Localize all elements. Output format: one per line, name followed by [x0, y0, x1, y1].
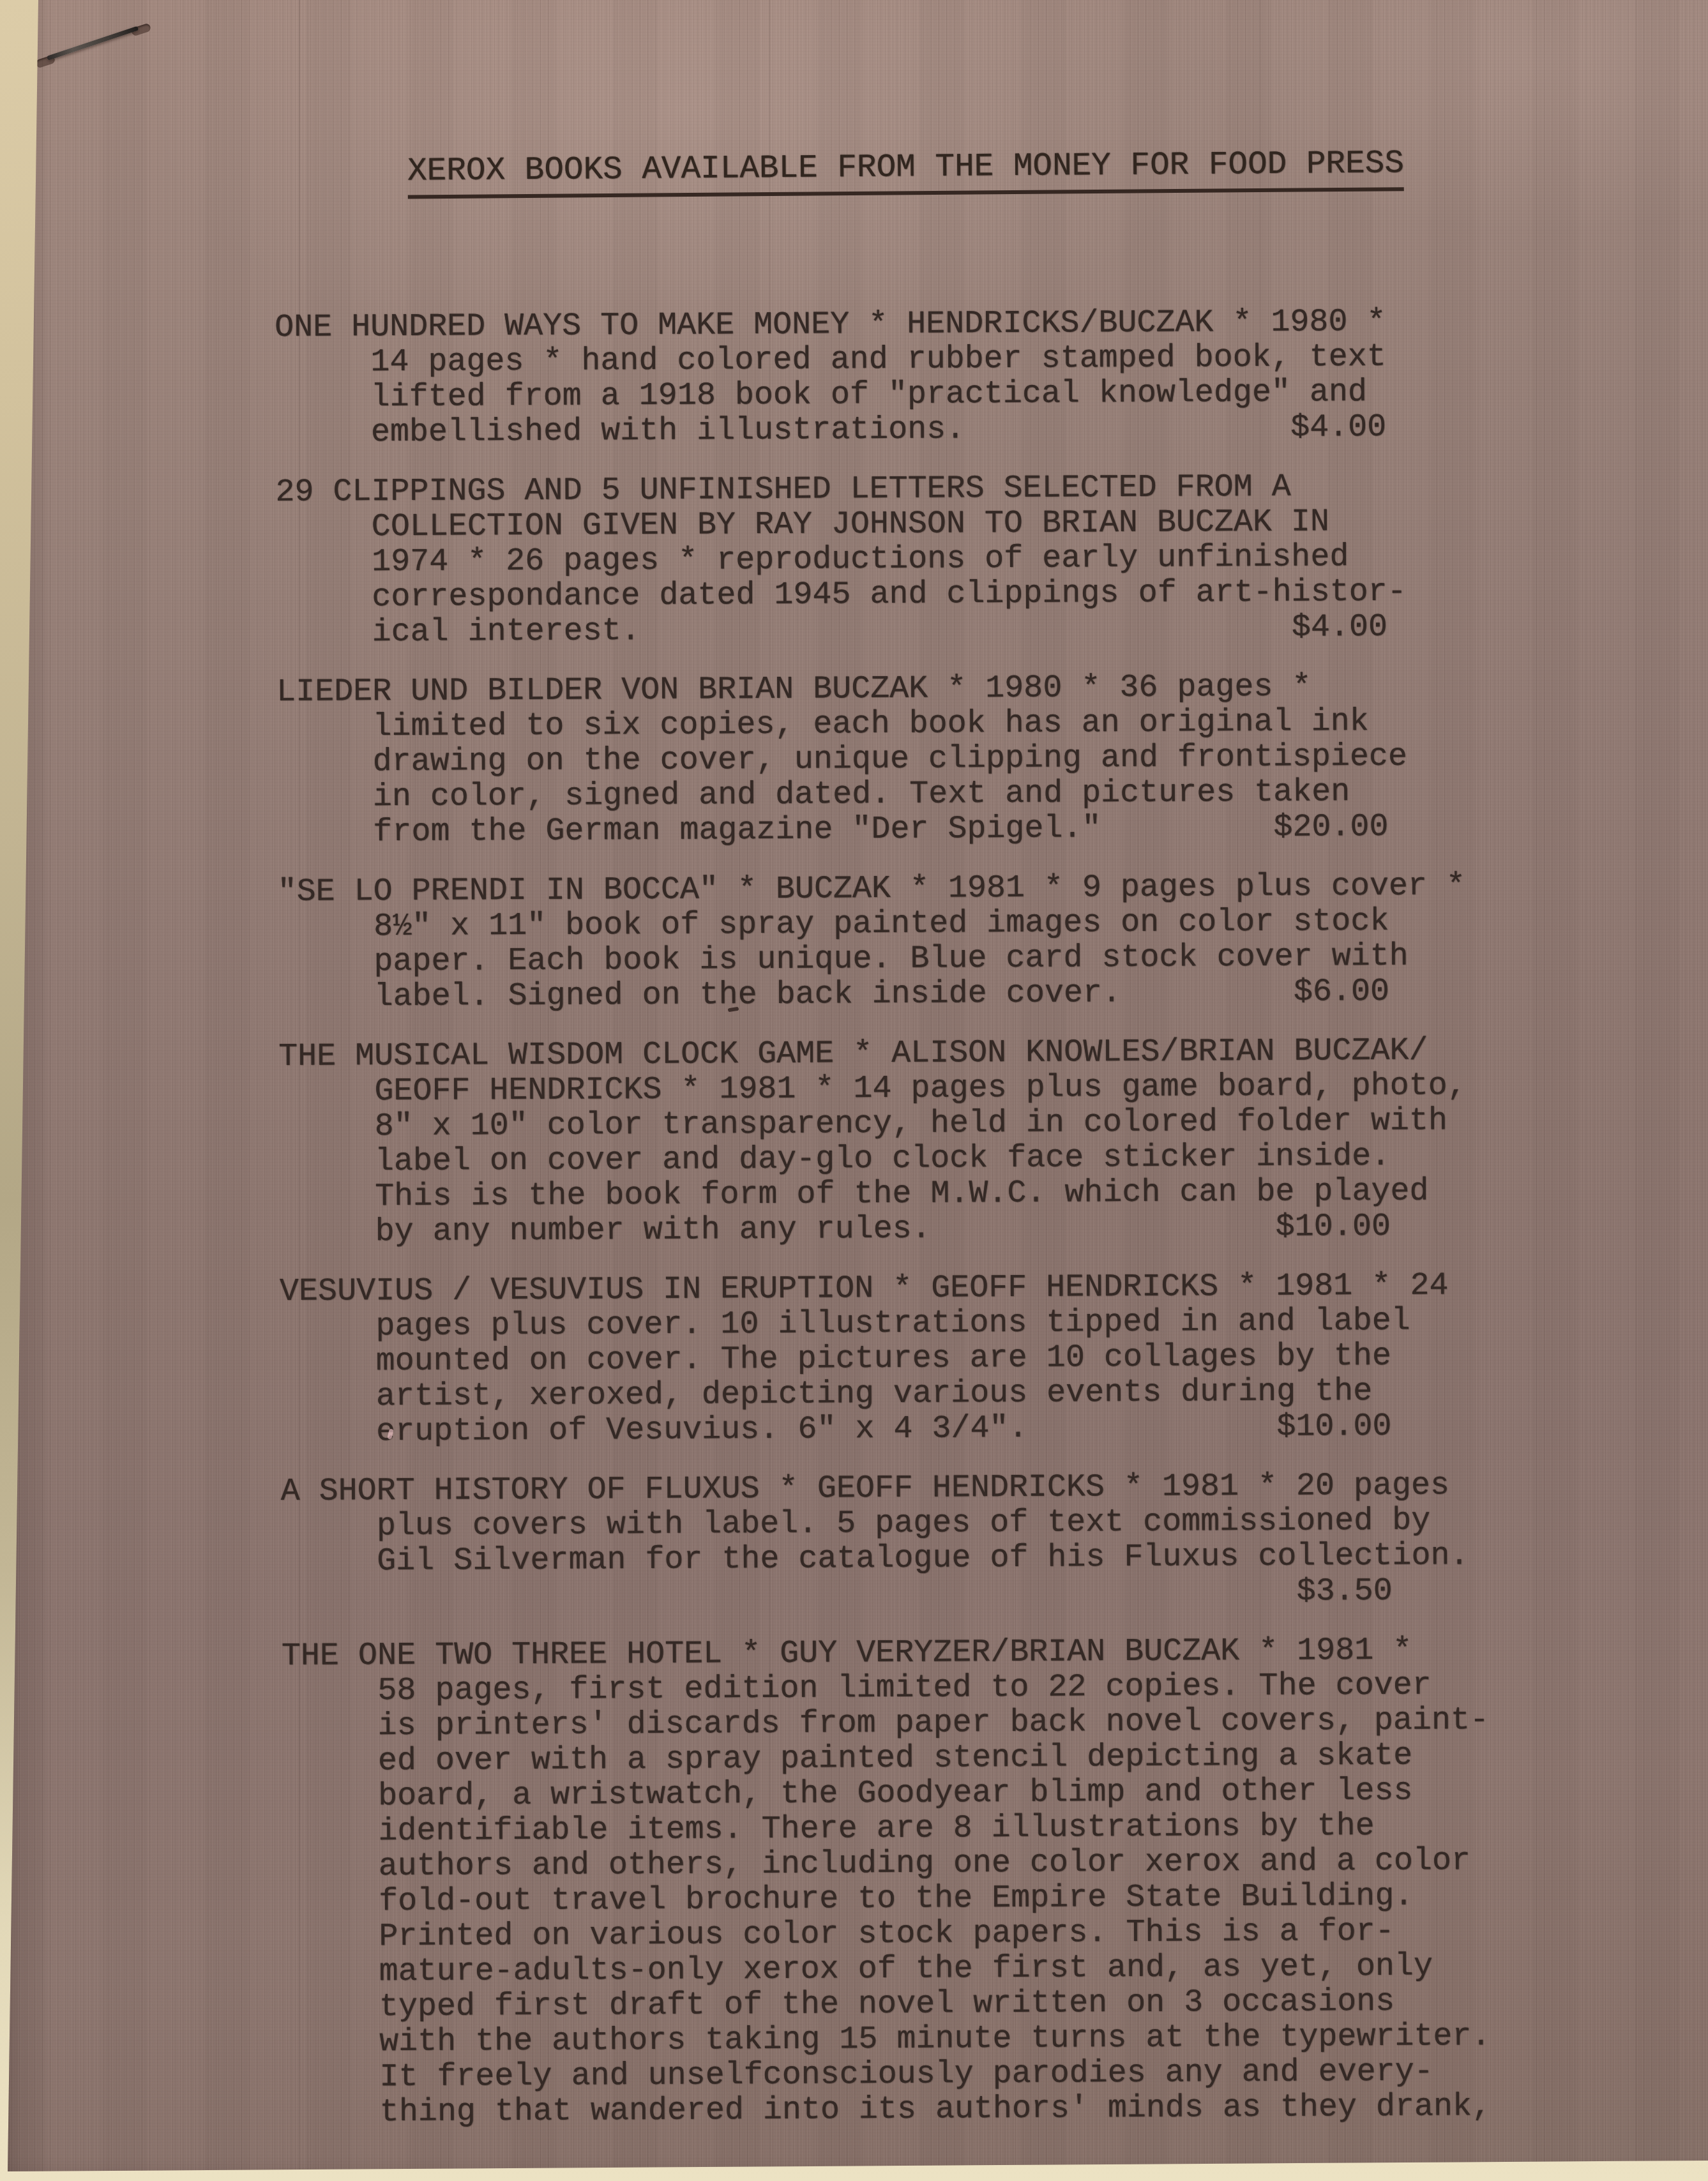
entry-line: label. Signed on the back inside cover. … [278, 974, 1485, 1015]
catalog-entries: ONE HUNDRED WAYS TO MAKE MONEY * HENDRIC… [275, 304, 1491, 2131]
entry-line: embellished with illustrations. $4.00 [275, 409, 1483, 451]
entry-line: thing that wandered into its authors' mi… [284, 2089, 1492, 2131]
catalog-entry: A SHORT HISTORY OF FLUXUS * GEOFF HENDRI… [281, 1468, 1488, 1615]
catalog-entry: THE ONE TWO THREE HOTEL * GUY VERYZER/BR… [282, 1633, 1491, 2131]
catalog-entry: ONE HUNDRED WAYS TO MAKE MONEY * HENDRIC… [275, 304, 1482, 451]
entry-line: from the German magazine "Der Spigel." $… [277, 809, 1485, 850]
catalog-entry: "SE LO PRENDI IN BOCCA" * BUCZAK * 1981 … [278, 868, 1485, 1015]
entry-line: eruption of Vesuvius. 6" x 4 3/4". $10.0… [280, 1408, 1488, 1450]
photographed-document: XEROX BOOKS AVAILABLE FROM THE MONEY FOR… [0, 0, 1708, 2181]
entry-line: by any number with any rules. $10.00 [279, 1209, 1486, 1250]
catalog-entry: VESUVIUS / VESUVIUS IN ERUPTION * GEOFF … [280, 1268, 1488, 1450]
catalog-entry: 29 CLIPPINGS AND 5 UNFINISHED LETTERS SE… [275, 469, 1483, 651]
entry-line: ical interest. $4.00 [276, 609, 1484, 651]
catalog-entry: LIEDER UND BILDER VON BRIAN BUCZAK * 198… [276, 668, 1485, 850]
catalog-entry: THE MUSICAL WISDOM CLOCK GAME * ALISON K… [278, 1033, 1486, 1250]
page-title: XEROX BOOKS AVAILABLE FROM THE MONEY FOR… [370, 136, 1404, 211]
paper-sheet: XEROX BOOKS AVAILABLE FROM THE MONEY FOR… [0, 0, 1708, 2181]
entry-line: $3.50 [281, 1573, 1488, 1615]
page-title-text: XEROX BOOKS AVAILABLE FROM THE MONEY FOR… [407, 147, 1404, 199]
